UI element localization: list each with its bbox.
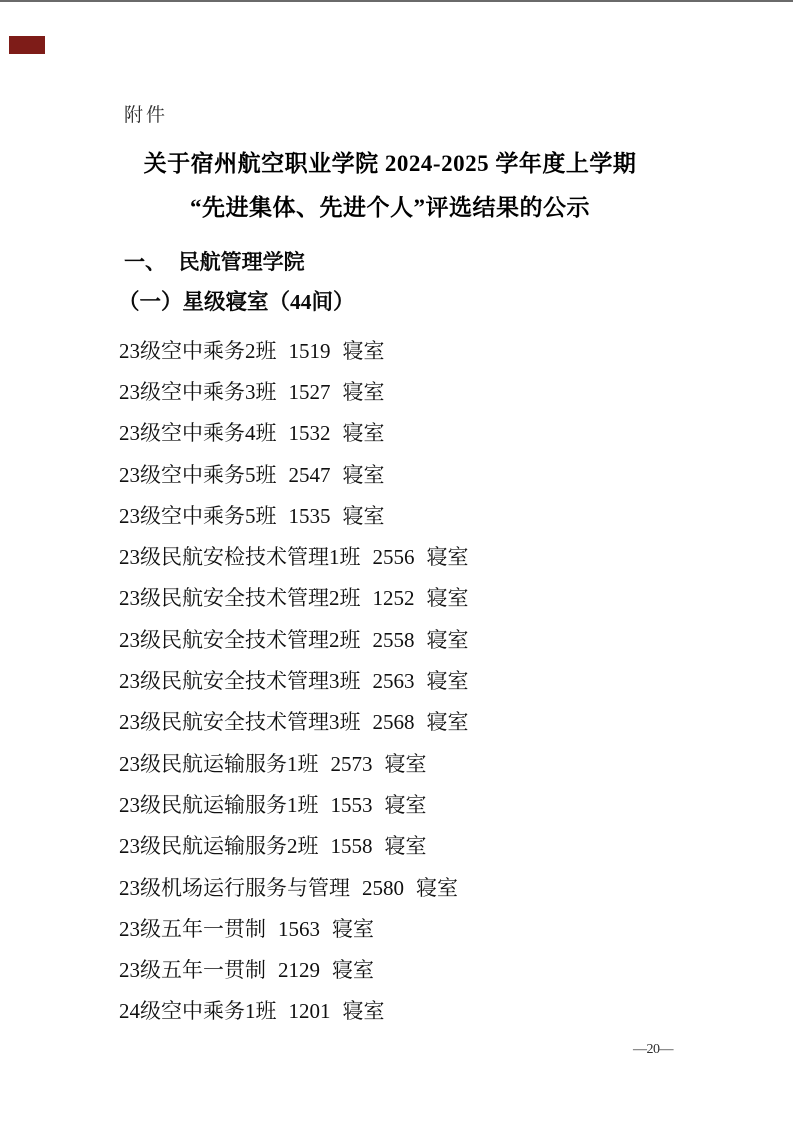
- page-top-edge: [0, 0, 793, 2]
- room-list-item: 23级民航安全技术管理2班 2558 寝室: [119, 618, 679, 659]
- room-list-item: 23级空中乘务4班 1532 寝室: [119, 412, 679, 453]
- red-mark: [9, 36, 45, 54]
- room-list-item: 23级民航安全技术管理3班 2563 寝室: [119, 659, 679, 700]
- subsection-heading-star-dorms: （一）星级寝室（44间）: [118, 288, 355, 316]
- room-list-item: 23级空中乘务2班 1519 寝室: [119, 329, 679, 370]
- room-list-item: 23级空中乘务3班 1527 寝室: [119, 370, 679, 411]
- room-list-item: 23级民航安全技术管理2班 1252 寝室: [119, 577, 679, 618]
- room-list-item: 23级机场运行服务与管理 2580 寝室: [119, 866, 679, 907]
- room-list-item: 23级空中乘务5班 2547 寝室: [119, 453, 679, 494]
- room-list-item: 23级五年一贯制 2129 寝室: [119, 948, 679, 989]
- room-list-item: 23级民航安检技术管理1班 2556 寝室: [119, 535, 679, 576]
- room-list-item: 23级民航安全技术管理3班 2568 寝室: [119, 701, 679, 742]
- document-title: 关于宿州航空职业学院 2024-2025 学年度上学期 “先进集体、先进个人”评…: [0, 142, 780, 230]
- document-title-line1: 关于宿州航空职业学院 2024-2025 学年度上学期: [0, 142, 780, 186]
- document-title-line2: “先进集体、先进个人”评选结果的公示: [0, 186, 780, 230]
- room-list-item: 23级空中乘务5班 1535 寝室: [119, 494, 679, 535]
- section-heading-department: 一、 民航管理学院: [124, 249, 305, 275]
- room-list-item: 24级空中乘务1班 1201 寝室: [119, 990, 679, 1031]
- room-list-item: 23级民航运输服务1班 1553 寝室: [119, 783, 679, 824]
- room-list-item: 23级五年一贯制 1563 寝室: [119, 907, 679, 948]
- page-number: —20—: [633, 1042, 673, 1058]
- room-list-item: 23级民航运输服务2班 1558 寝室: [119, 825, 679, 866]
- document-page: 附件 关于宿州航空职业学院 2024-2025 学年度上学期 “先进集体、先进个…: [0, 0, 793, 1122]
- room-list-item: 23级民航运输服务1班 2573 寝室: [119, 742, 679, 783]
- room-list: 23级空中乘务2班 1519 寝室 23级空中乘务3班 1527 寝室 23级空…: [119, 329, 679, 1031]
- attachment-label: 附件: [124, 104, 168, 128]
